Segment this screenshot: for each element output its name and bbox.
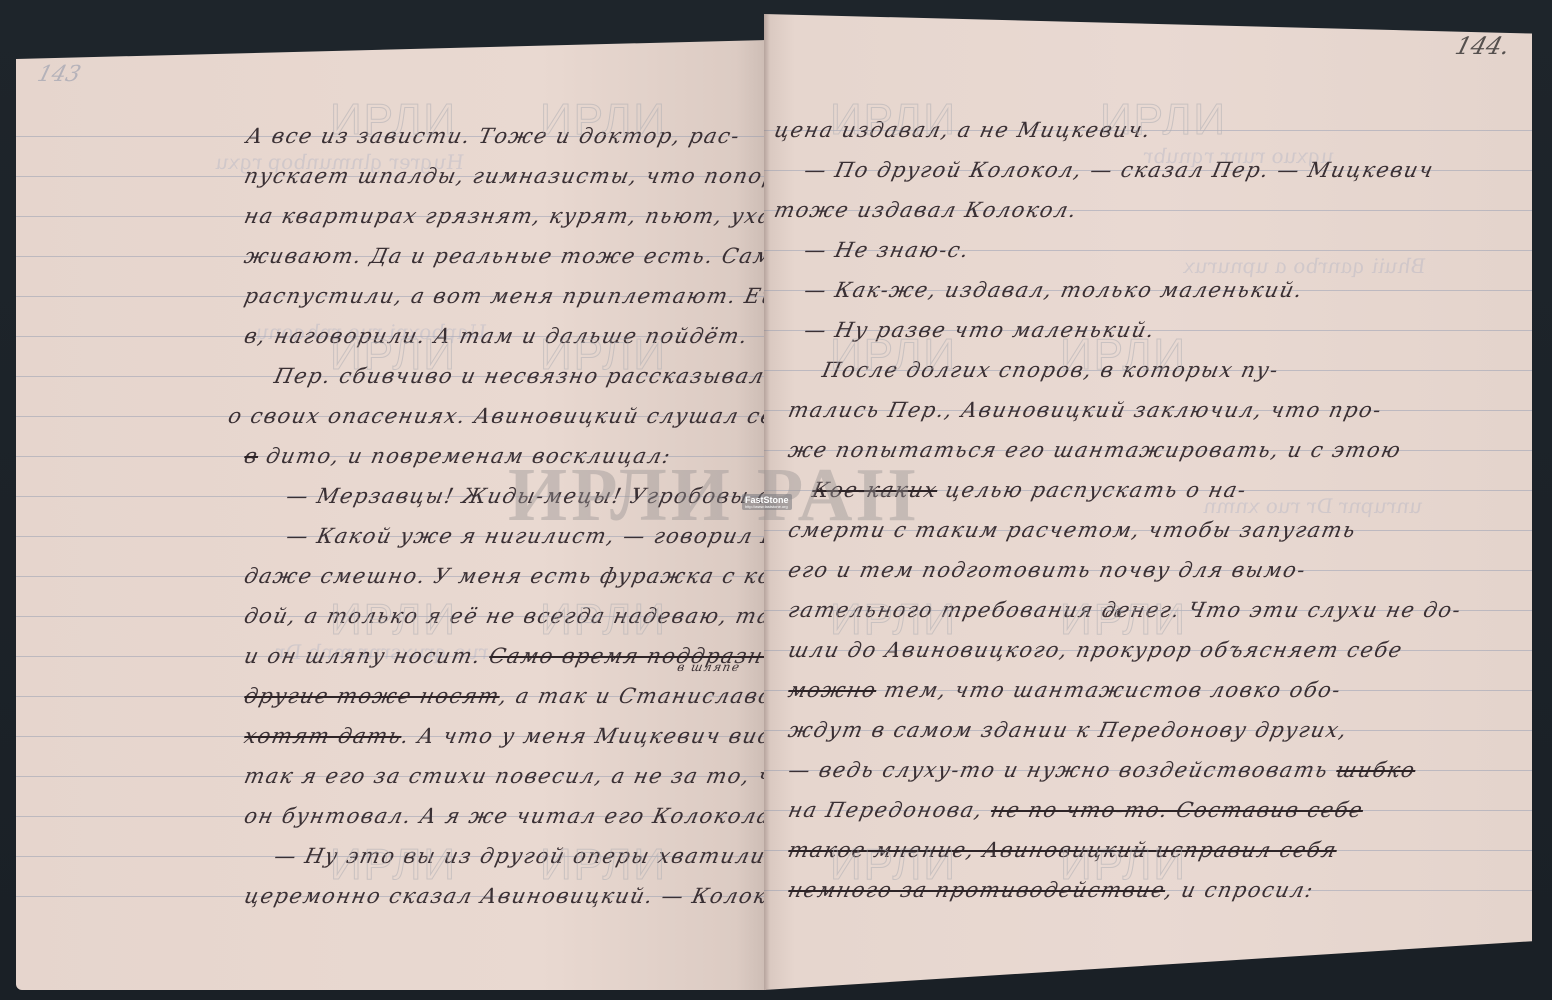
text-line: пускает шпалды, гимназисты, что попорча <box>242 164 809 188</box>
struck-text: хотят дать <box>242 724 404 748</box>
text-line: распустили, а вот меня приплетают. Ещё, … <box>242 284 842 308</box>
struck-text: Кое-каких <box>810 478 940 502</box>
text-line: Кое-каких целью распускать о на- <box>810 478 1249 502</box>
manuscript-scan: Hugrer glnmunbop rgxu Uapboxni ruo rnhqo… <box>0 0 1552 1000</box>
page-number-right: 144. <box>1452 32 1513 60</box>
text-line: А все из зависти. Тоже и доктор, рас- <box>244 124 743 148</box>
text-line: цена издавал, а не Мицкевич. <box>772 118 1154 142</box>
left-page: Hugrer glnmunbop rgxu Uapboxni ruo rnhqo… <box>16 40 766 990</box>
text-line: о своих опасениях. Авиновицкий слушал се… <box>226 404 801 428</box>
text-line: в дито, и повременам восклицал: <box>242 444 674 468</box>
notebook-spine <box>764 14 770 990</box>
right-page: ugxuo runr rqnubr Bhuii qanrbo a upnurux… <box>764 14 1532 990</box>
text-line: — Не знаю-с. <box>802 238 972 262</box>
interlinear-insertion: в шляпе <box>676 660 742 674</box>
text-line: живают. Да и реальные тоже есть. Сами <box>242 244 790 268</box>
text-line: тались Пер., Авиновицкий заключил, что п… <box>786 398 1384 422</box>
text-line: можно тем, что шантажистов ловко обо- <box>786 678 1344 702</box>
text-line: хотят дать. А что у меня Мицкевич висит, <box>242 724 818 748</box>
struck-text: немного за противодействие <box>786 878 1168 902</box>
struck-text: не по что-то. Составив себе <box>989 798 1366 822</box>
text-line: же попытаться его шантажировать, и с это… <box>786 438 1404 462</box>
text-line: и он шляпу носит. Само время поддразнива… <box>242 644 852 668</box>
text-line: — Как-же, издавал, только маленький. <box>802 278 1306 302</box>
text-line: После долгих споров, в которых пу- <box>820 358 1281 382</box>
text-line: ждут в самом здании к Передонову других, <box>786 718 1350 742</box>
interlinear-insertion: об <box>1104 606 1125 620</box>
text-line: — Мерзавцы! Жиды-мецы! Угробовы они! <box>284 484 814 508</box>
text-line: он бунтовал. А я же читал его Колокола <box>242 804 774 828</box>
struck-text: другие тоже носят <box>242 684 502 708</box>
page-number-left: 143 <box>35 62 84 87</box>
text-line: даже смешно. У меня есть фуражка с кокар… <box>242 564 826 588</box>
text-line: немного за противодействие, и спросил: <box>786 878 1317 902</box>
text-line: — Ну разве что маленький. <box>802 318 1158 342</box>
text-line: — ведь слуху-то и нужно воздействовать ш… <box>786 758 1418 782</box>
text-line: его и тем подготовить почву для вымо- <box>786 558 1309 582</box>
text-line: тоже издавал Колокол. <box>772 198 1080 222</box>
text-line: на квартирах грязнят, курят, пьют, уха- <box>242 204 783 228</box>
text-line: в, наговорили. А там и дальше пойдёт. <box>242 324 751 348</box>
text-line: Пер. сбивчиво и несвязно рассказывал <box>272 364 767 388</box>
struck-text: шибко <box>1334 758 1418 782</box>
text-line: — Какой уже я нигилист, — говорил Пер. <box>284 524 821 548</box>
text-line: такое мнение, Авиновицкий исправил себя <box>786 838 1339 862</box>
text-line: гательного требования денег. Что эти слу… <box>786 598 1464 622</box>
text-line: смерти с таким расчетом, чтобы запугать <box>786 518 1359 542</box>
text-line: дой, а только я её не всегда надеваю, та… <box>242 604 788 628</box>
struck-text: в <box>242 444 261 468</box>
text-line: — По другой Колокол, — сказал Пер. — Миц… <box>802 158 1436 182</box>
text-line: шли до Авиновицкого, прокурор объясняет … <box>786 638 1405 662</box>
text-line: на Передонова, не по что-то. Составив се… <box>786 798 1366 822</box>
struck-text: такое мнение, Авиновицкий исправил себя <box>786 838 1339 862</box>
struck-text: можно <box>786 678 879 702</box>
text-line: так я его за стихи повесил, а не за то, … <box>242 764 811 788</box>
